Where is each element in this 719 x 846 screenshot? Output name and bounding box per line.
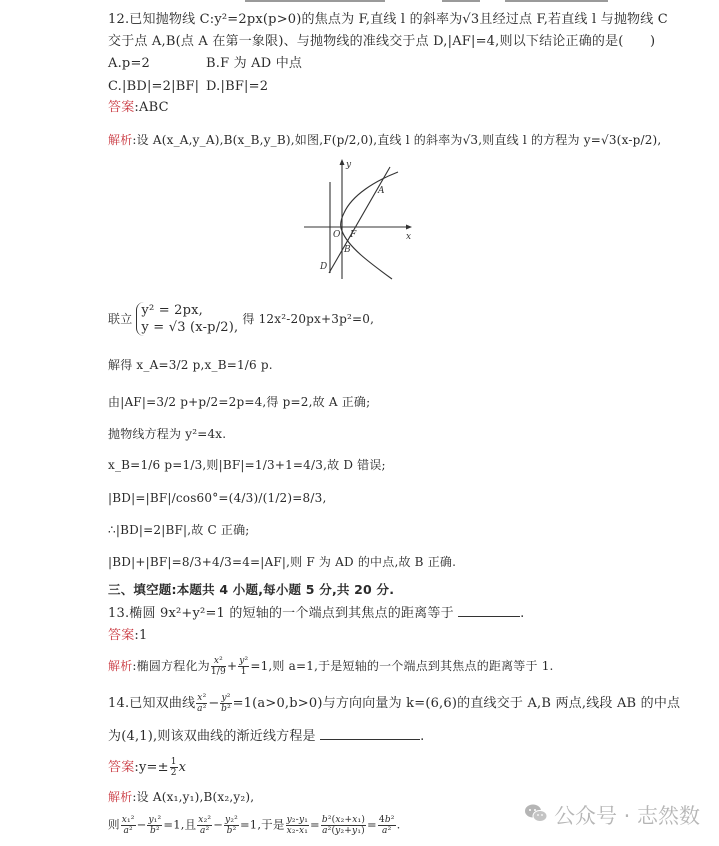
q14-line2: 为(4,1),则该双曲线的渐近线方程是 . [108, 728, 424, 746]
q12-parabola: 抛物线方程为 y²=4x. [108, 425, 226, 443]
x-axis-arrow [406, 225, 412, 230]
y-axis-label: y [345, 160, 352, 170]
fraction-x1sq-a2: x₁²a² [121, 815, 136, 836]
analysis-label: 解析 [108, 133, 132, 147]
analysis-text: :设 A(x_A,y_A),B(x_B,y_B),如图,F(p/2,0),直线 … [132, 133, 661, 147]
equation-system: y² = 2px, y = √3 (x-p/2), [136, 302, 238, 336]
fraction-slope: y₂-y₁x₂-x₁ [286, 815, 309, 836]
answer-value: :ABC [134, 100, 168, 115]
top-rule-3 [505, 0, 608, 2]
fraction-y1sq-b2: y₁²b² [147, 815, 162, 836]
origin-label: O [333, 230, 341, 240]
watermark: 公众号 · 志然数 [524, 800, 700, 830]
system-eq2: y = √3 (x-p/2), [141, 319, 238, 336]
point-d-label: D [319, 262, 327, 272]
fraction-x2sq-a2: x₂²a² [197, 815, 212, 836]
q13-text: 13.椭圆 9x²+y²=1 的短轴的一个端点到其焦点的距离等于 [108, 606, 454, 621]
parabola-diagram: y x O F A B D [300, 155, 420, 281]
q13-question: 13.椭圆 9x²+y²=1 的短轴的一个端点到其焦点的距离等于 . [108, 605, 524, 623]
q12-option-c: C.|BD|=2|BF| [108, 78, 199, 96]
fraction-4b2-a2: 4b²a² [378, 815, 396, 836]
q12-therefore: ∴|BD|=2|BF|,故 C 正确; [108, 521, 250, 539]
fraction-y2-b2: y²b² [220, 693, 231, 714]
x-axis-label: x [406, 232, 411, 242]
fraction-1-2: 12 [170, 757, 178, 778]
q14-answer: 答案:y=±12x [108, 757, 186, 778]
q12-option-d: D.|BF|=2 [206, 78, 268, 96]
lianli-prefix: 联立 [108, 312, 132, 326]
answer-value: :1 [134, 628, 147, 643]
q14-analysis-line2: 则x₁²a²−y₁²b²=1,且x₂²a²−y₂²b²=1,于是y₂-y₁x₂-… [108, 815, 400, 836]
q12-option-a: A.p=2 [108, 55, 150, 73]
q12-jiede: 解得 x_A=3/2 p,x_B=1/6 p. [108, 356, 273, 374]
fraction-b2-sum: b²(x₂+x₁)a²(y₂+y₁) [321, 815, 366, 836]
analysis-label: 解析 [108, 790, 132, 804]
q14-line1: 14.已知双曲线x²a²−y²b²=1(a>0,b>0)与方向向量为 k=(6,… [108, 693, 680, 714]
answer-label: 答案 [108, 100, 134, 115]
q12-line1: 12.已知抛物线 C:y²=2px(p>0)的焦点为 F,直线 l 的斜率为√3… [108, 11, 668, 29]
lianli-result: 得 12x²-20px+3p²=0, [242, 312, 374, 326]
q14-answer-blank[interactable] [320, 739, 420, 740]
q12-sum: |BD|+|BF|=8/3+4/3=4=|AF|,则 F 为 AD 的中点,故 … [108, 553, 456, 571]
analysis-label: 解析 [108, 659, 132, 673]
wechat-icon [524, 803, 548, 828]
answer-label: 答案 [108, 628, 134, 643]
q12-option-b: B.F 为 AD 中点 [206, 55, 302, 73]
q13-analysis: 解析:椭圆方程化为x²1/9+y²1=1,则 a=1,于是短轴的一个端点到其焦点… [108, 656, 554, 677]
section-heading: 三、填空题:本题共 4 小题,每小题 5 分,共 20 分. [108, 581, 394, 599]
q12-analysis-intro: 解析:设 A(x_A,y_A),B(x_B,y_B),如图,F(p/2,0),直… [108, 131, 661, 149]
q13-answer: 答案:1 [108, 627, 147, 645]
y-axis-arrow [340, 159, 345, 165]
top-rule-2 [442, 0, 480, 2]
q12-lianli: 联立 y² = 2px, y = √3 (x-p/2), 得 12x²-20px… [108, 302, 374, 336]
top-rule-1 [245, 0, 385, 2]
fraction-x2-a2: x²a² [196, 693, 207, 714]
fraction-y2-over-1: y²1 [238, 656, 249, 677]
watermark-text: 公众号 · 志然数 [554, 804, 700, 828]
point-b-label: B [343, 245, 351, 255]
q14-analysis-line1: 解析:设 A(x₁,y₁),B(x₂,y₂), [108, 788, 254, 806]
answer-value: :y=± [134, 760, 168, 775]
q12-bd: |BD|=|BF|/cos60°=(4/3)/(1/2)=8/3, [108, 489, 326, 507]
q12-answer: 答案:ABC [108, 99, 169, 117]
q13-answer-blank[interactable] [458, 616, 520, 617]
fraction-x2-over-1-9: x²1/9 [211, 656, 226, 677]
fraction-y2sq-b2: y₂²b² [224, 815, 239, 836]
q12-af: 由|AF|=3/2 p+p/2=2p=4,得 p=2,故 A 正确; [108, 393, 370, 411]
point-a-label: A [377, 186, 385, 196]
q12-line2: 交于点 A,B(点 A 在第一象限)、与抛物线的准线交于点 D,|AF|=4,则… [108, 33, 655, 51]
system-eq1: y² = 2px, [141, 302, 238, 319]
q12-xb: x_B=1/6 p=1/3,则|BF|=1/3+1=4/3,故 D 错误; [108, 456, 386, 474]
focus-label: F [349, 230, 357, 240]
answer-label: 答案 [108, 760, 134, 775]
